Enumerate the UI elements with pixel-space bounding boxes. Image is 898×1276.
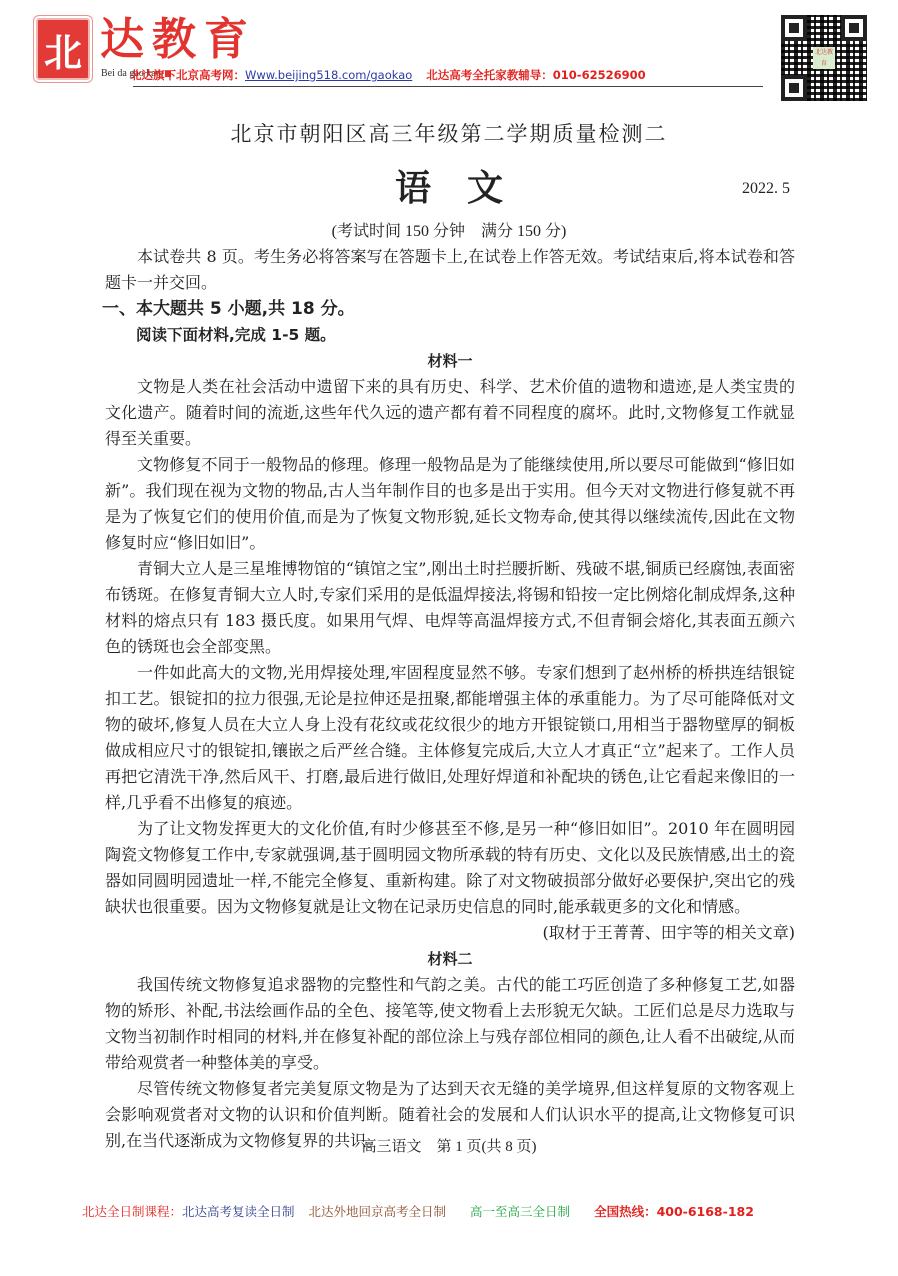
footer-hotline: 全国热线：400-6168-182	[594, 1204, 754, 1219]
material-1-title: 材料一	[105, 348, 795, 374]
material-2-paragraph: 我国传统文物修复追求器物的完整性和气韵之美。古代的能工巧匠创造了多种修复工艺,如…	[105, 972, 795, 1076]
exam-info: (考试时间 150 分钟 满分 150 分)	[0, 218, 898, 241]
footer-banner: 北达全日制课程：北达高考复读全日制北达外地回京高考全日制高一至高三全日制全国热线…	[82, 1202, 768, 1220]
qr-center-logo: 北达教育	[813, 47, 835, 69]
exam-date: 2022. 5	[742, 180, 790, 198]
document-body: 本试卷共 8 页。考生务必将答案写在答题卡上,在试卷上作答无效。考试结束后,将本…	[105, 244, 795, 1154]
material-1-paragraph: 一件如此高大的文物,光用焊接处理,牢固程度显然不够。专家们想到了赵州桥的桥拱连结…	[105, 660, 795, 816]
section-heading: 一、本大题共 5 小题,共 18 分。	[102, 296, 795, 322]
header-divider	[133, 86, 763, 87]
footer-course-2: 北达外地回京高考全日制	[309, 1204, 447, 1219]
qr-code-icon: 北达教育	[781, 15, 867, 101]
material-1-paragraph: 青铜大立人是三星堆博物馆的“镇馆之宝”,刚出土时拦腰折断、残破不堪,铜质已经腐蚀…	[105, 556, 795, 660]
material-1-paragraph: 文物修复不同于一般物品的修理。修理一般物品是为了能继续使用,所以要尽可能做到“修…	[105, 452, 795, 556]
material-1-source: (取材于王菁菁、田宇等的相关文章)	[105, 920, 795, 946]
site-label: 北达旗下北京高考网：	[130, 68, 245, 82]
site-link[interactable]: Www.beijing518.com/gaokao	[245, 68, 412, 82]
logo-mark: 北	[36, 18, 90, 80]
section-instruction: 阅读下面材料,完成 1-5 题。	[105, 322, 795, 348]
footer-course-1: 北达高考复读全日制	[182, 1204, 295, 1219]
tutor-hotline: 北达高考全托家教辅导：010-62526900	[426, 68, 645, 82]
qr-finder-icon	[841, 15, 867, 41]
intro-paragraph: 本试卷共 8 页。考生务必将答案写在答题卡上,在试卷上作答无效。考试结束后,将本…	[105, 244, 795, 296]
subject-char-2: 文	[467, 160, 503, 211]
footer-course-3: 高一至高三全日制	[470, 1204, 570, 1219]
qr-finder-icon	[781, 15, 807, 41]
subject-char-1: 语	[395, 160, 431, 211]
material-2-title: 材料二	[105, 946, 795, 972]
header-banner: 北达旗下北京高考网：Www.beijing518.com/gaokao北达高考全…	[130, 67, 646, 83]
material-1-paragraph: 为了让文物发挥更大的文化价值,有时少修甚至不修,是另一种“修旧如旧”。2010 …	[105, 816, 795, 920]
logo-wordmark: 达教育	[100, 12, 256, 68]
exam-title: 北京市朝阳区高三年级第二学期质量检测二	[0, 118, 898, 148]
footer-courses-label: 北达全日制课程：	[82, 1204, 182, 1219]
material-1-paragraph: 文物是人类在社会活动中遗留下来的具有历史、科学、艺术价值的遗物和遗迹,是人类宝贵…	[105, 374, 795, 452]
page-number: 高三语文 第 1 页(共 8 页)	[0, 1135, 898, 1156]
qr-finder-icon	[781, 75, 807, 101]
